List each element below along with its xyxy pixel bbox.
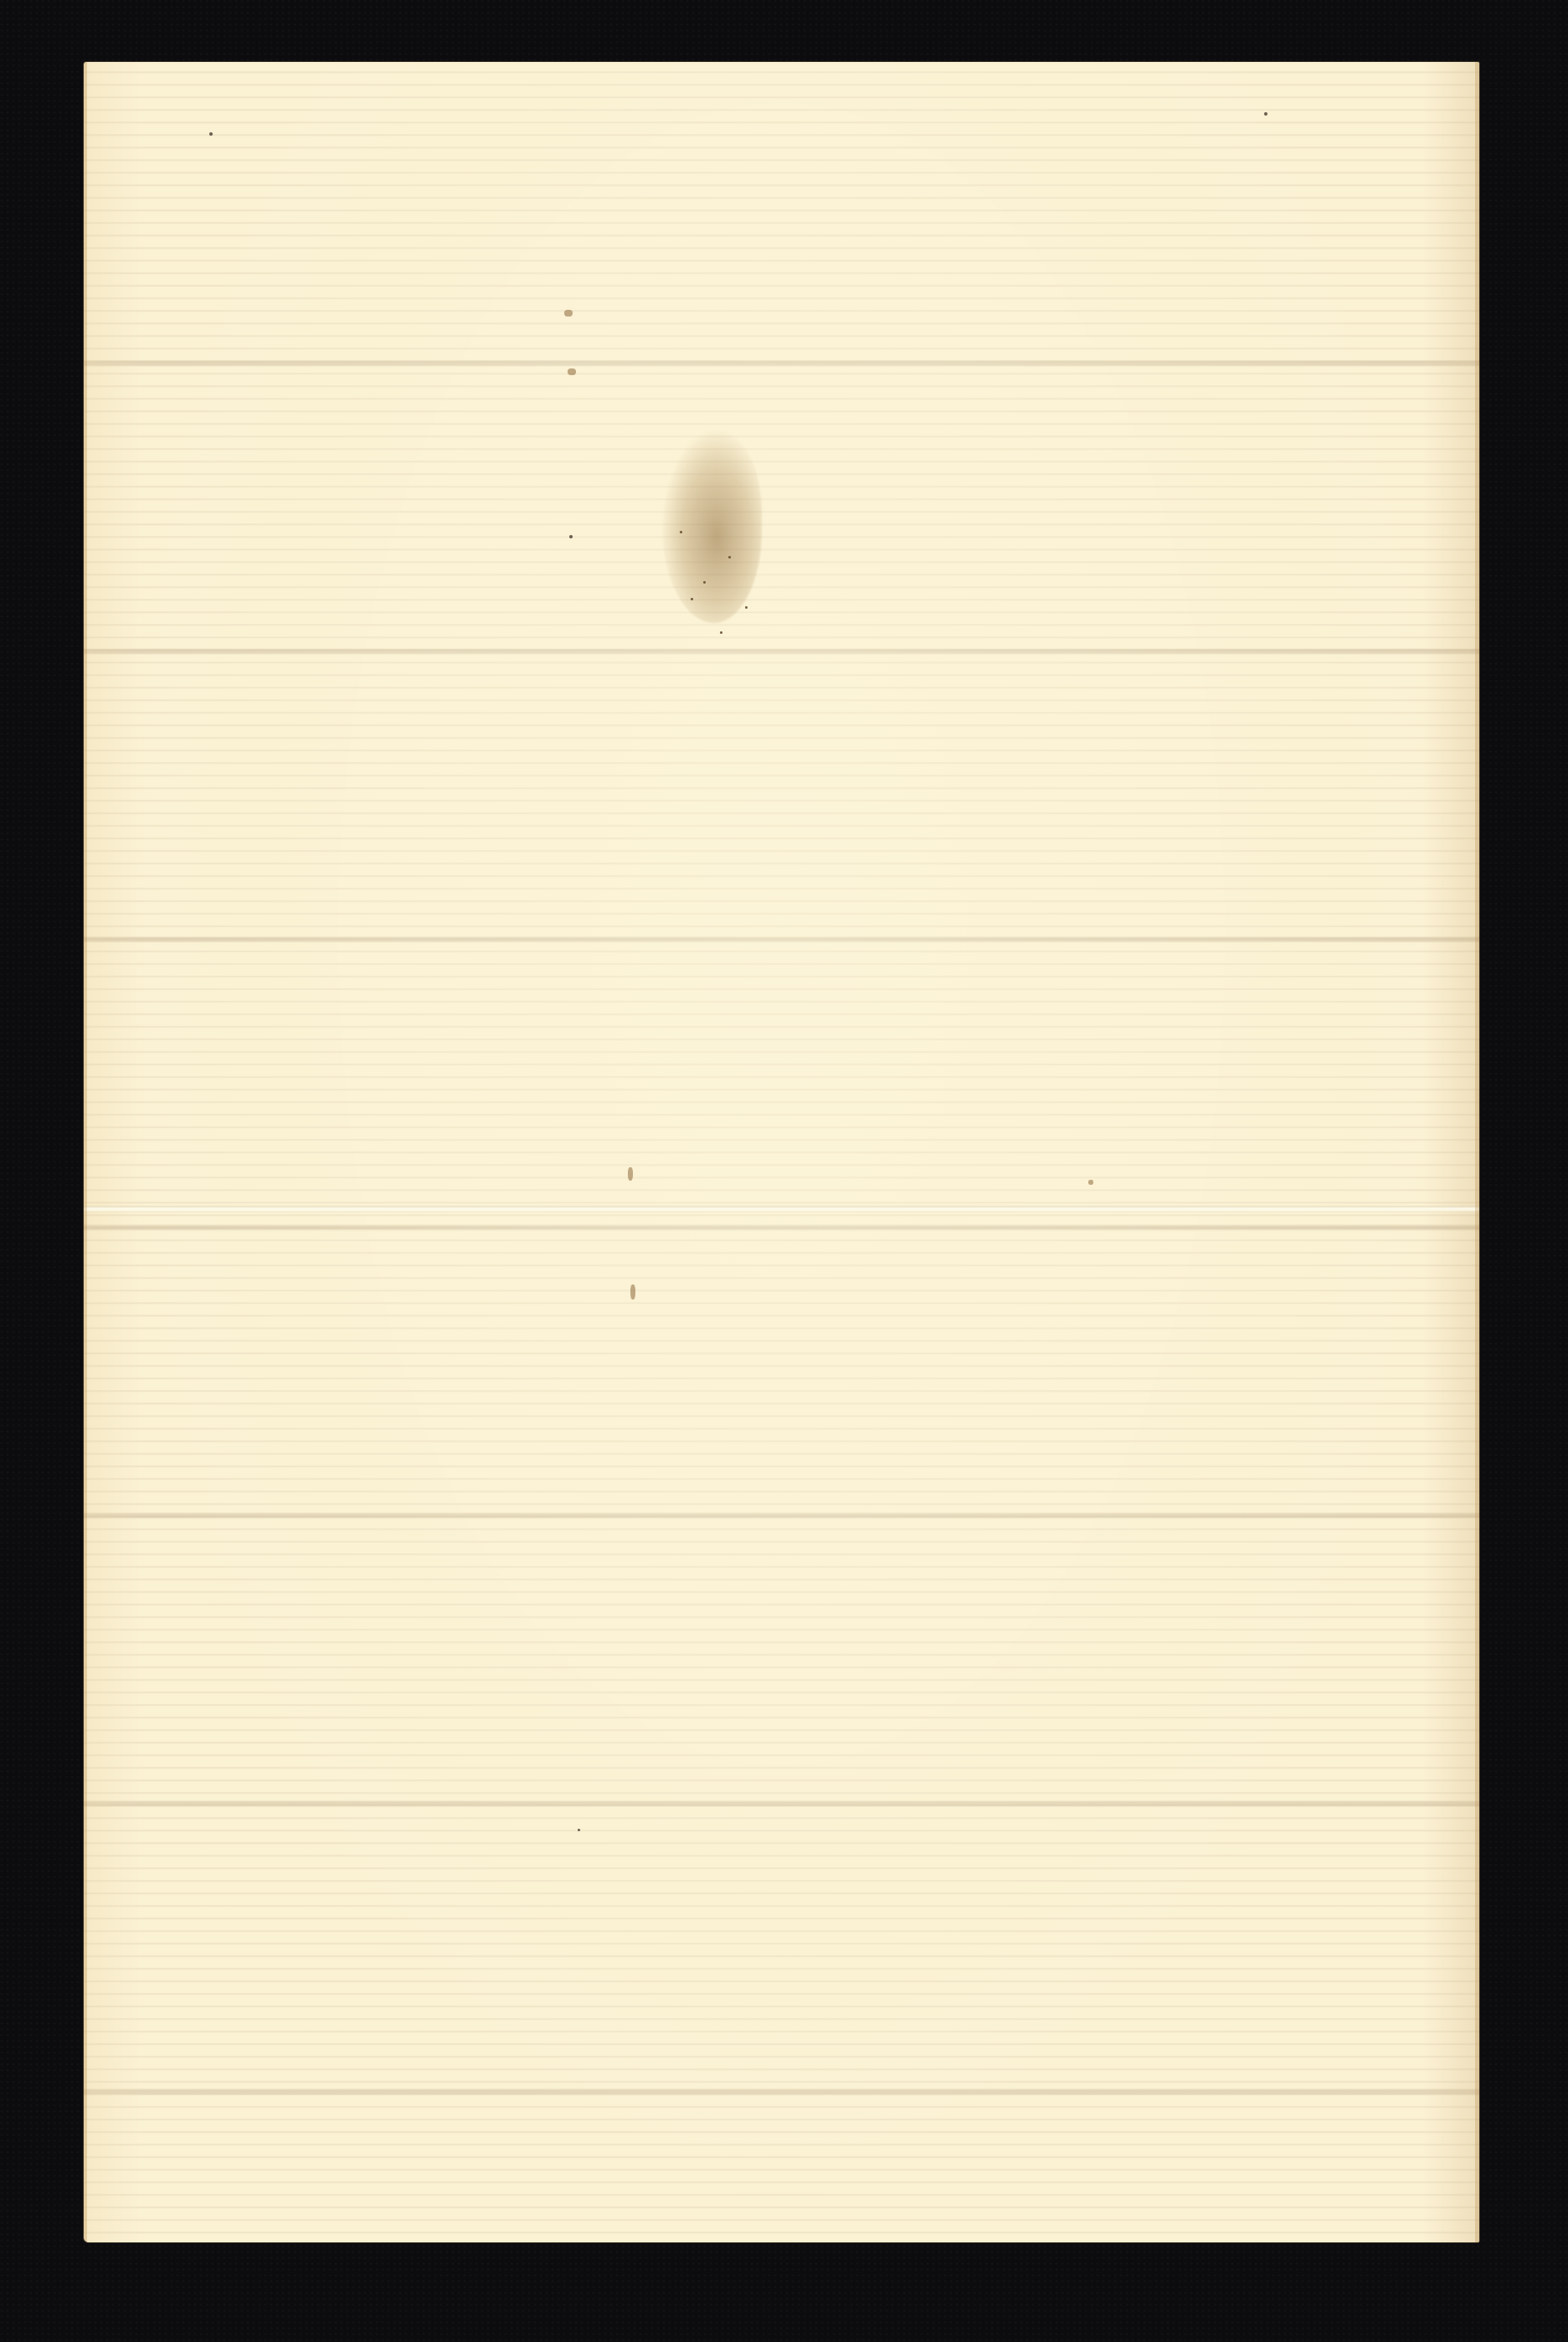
stain-speck — [680, 531, 682, 533]
dust-dot — [209, 132, 213, 136]
edge-wear-right — [1475, 62, 1479, 2242]
paper-sheet — [84, 62, 1479, 2242]
stain-speck — [745, 606, 748, 609]
stain-speck — [728, 556, 731, 558]
paper-tone — [84, 62, 1479, 2242]
stain-speck — [703, 581, 706, 584]
dust-dot — [1264, 112, 1267, 116]
small-stain-mark — [630, 1284, 635, 1300]
dust-dot — [569, 535, 573, 538]
foxing-stain — [661, 430, 762, 623]
edge-wear-left — [84, 62, 87, 2242]
small-stain-mark — [564, 310, 573, 317]
small-stain-mark — [628, 1167, 633, 1181]
dust-dot — [578, 1829, 580, 1831]
stain-speck — [720, 631, 722, 634]
stain-speck — [691, 598, 693, 600]
horizontal-fold-crease — [84, 1206, 1479, 1212]
small-stain-mark — [568, 368, 576, 375]
small-stain-mark — [1088, 1180, 1093, 1185]
